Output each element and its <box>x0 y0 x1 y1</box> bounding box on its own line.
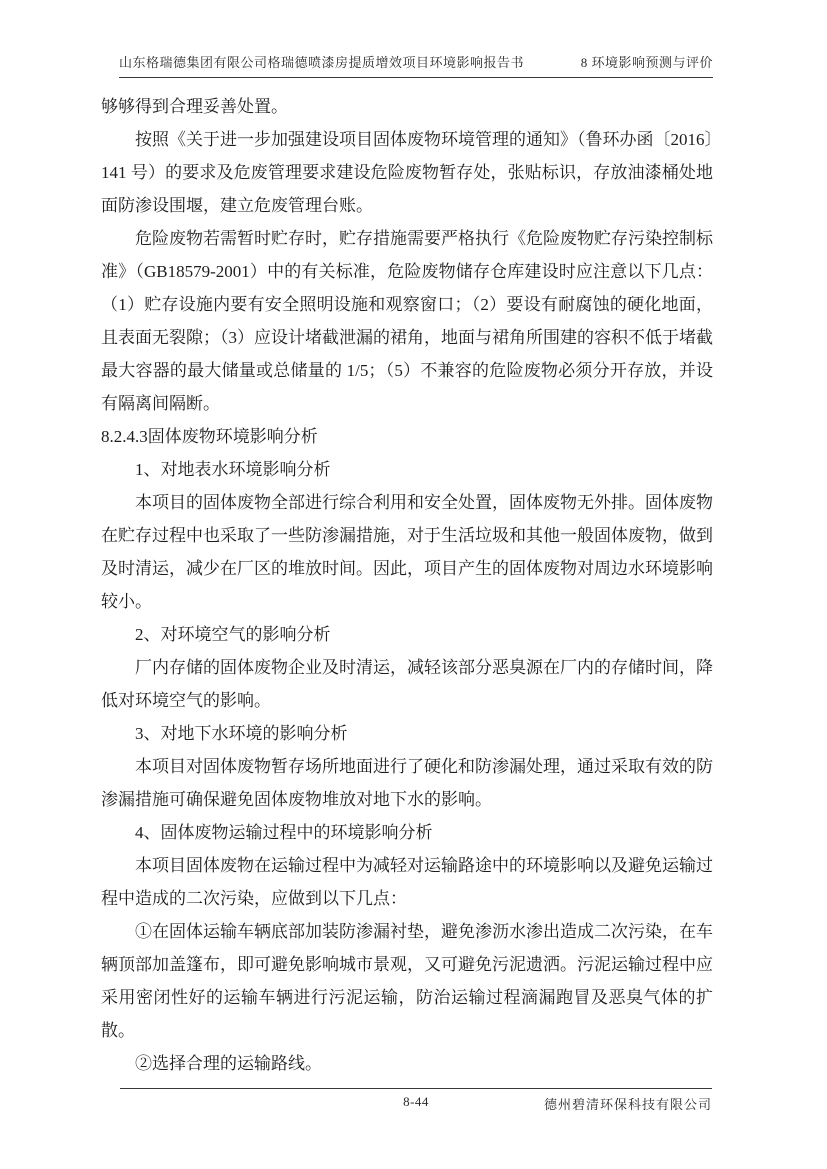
header-report-title: 山东格瑞德集团有限公司格瑞德喷漆房提质增效项目环境影响报告书 <box>119 52 524 71</box>
footer-company-name: 德州碧清环保科技有限公司 <box>544 1094 712 1113</box>
header-chapter-title: 8 环境影响预测与评价 <box>581 52 713 71</box>
paragraph: ②选择合理的运输路线。 <box>101 1047 713 1080</box>
paragraph: 本项目对固体废物暂存场所地面进行了硬化和防渗漏处理，通过采取有效的防渗漏措施可确… <box>101 750 713 816</box>
paragraph: 厂内存储的固体废物企业及时清运，减轻该部分恶臭源在厂内的存储时间，降低对环境空气… <box>101 651 713 717</box>
paragraph-continuation: 够够得到合理妥善处置。 <box>101 90 713 123</box>
paragraph: 本项目的固体废物全部进行综合利用和安全处置，固体废物无外排。固体废物在贮存过程中… <box>101 486 713 618</box>
paragraph: 危险废物若需暂时贮存时，贮存措施需要严格执行《危险废物贮存污染控制标准》（GB1… <box>101 222 713 420</box>
footer-row: 8-44 德州碧清环保科技有限公司 <box>120 1094 712 1112</box>
list-item-heading: 3、对地下水环境的影响分析 <box>101 717 713 750</box>
document-page: 山东格瑞德集团有限公司格瑞德喷漆房提质增效项目环境影响报告书 8 环境影响预测与… <box>0 0 827 1169</box>
section-heading: 8.2.4.3固体废物环境影响分析 <box>101 420 713 453</box>
paragraph: 本项目固体废物在运输过程中为减轻对运输路途中的环境影响以及避免运输过程中造成的二… <box>101 849 713 915</box>
list-item-heading: 2、对环境空气的影响分析 <box>101 618 713 651</box>
paragraph: 按照《关于进一步加强建设项目固体废物环境管理的通知》（鲁环办函〔2016〕141… <box>101 123 713 222</box>
paragraph: ①在固体运输车辆底部加装防渗漏衬垫，避免渗沥水渗出造成二次污染，在车辆顶部加盖篷… <box>101 915 713 1047</box>
page-footer: 8-44 德州碧清环保科技有限公司 <box>120 1088 712 1112</box>
list-item-heading: 1、对地表水环境影响分析 <box>101 453 713 486</box>
page-header: 山东格瑞德集团有限公司格瑞德喷漆房提质增效项目环境影响报告书 8 环境影响预测与… <box>119 0 713 78</box>
list-item-heading: 4、固体废物运输过程中的环境影响分析 <box>101 816 713 849</box>
document-body: 够够得到合理妥善处置。 按照《关于进一步加强建设项目固体废物环境管理的通知》（鲁… <box>101 90 713 1080</box>
